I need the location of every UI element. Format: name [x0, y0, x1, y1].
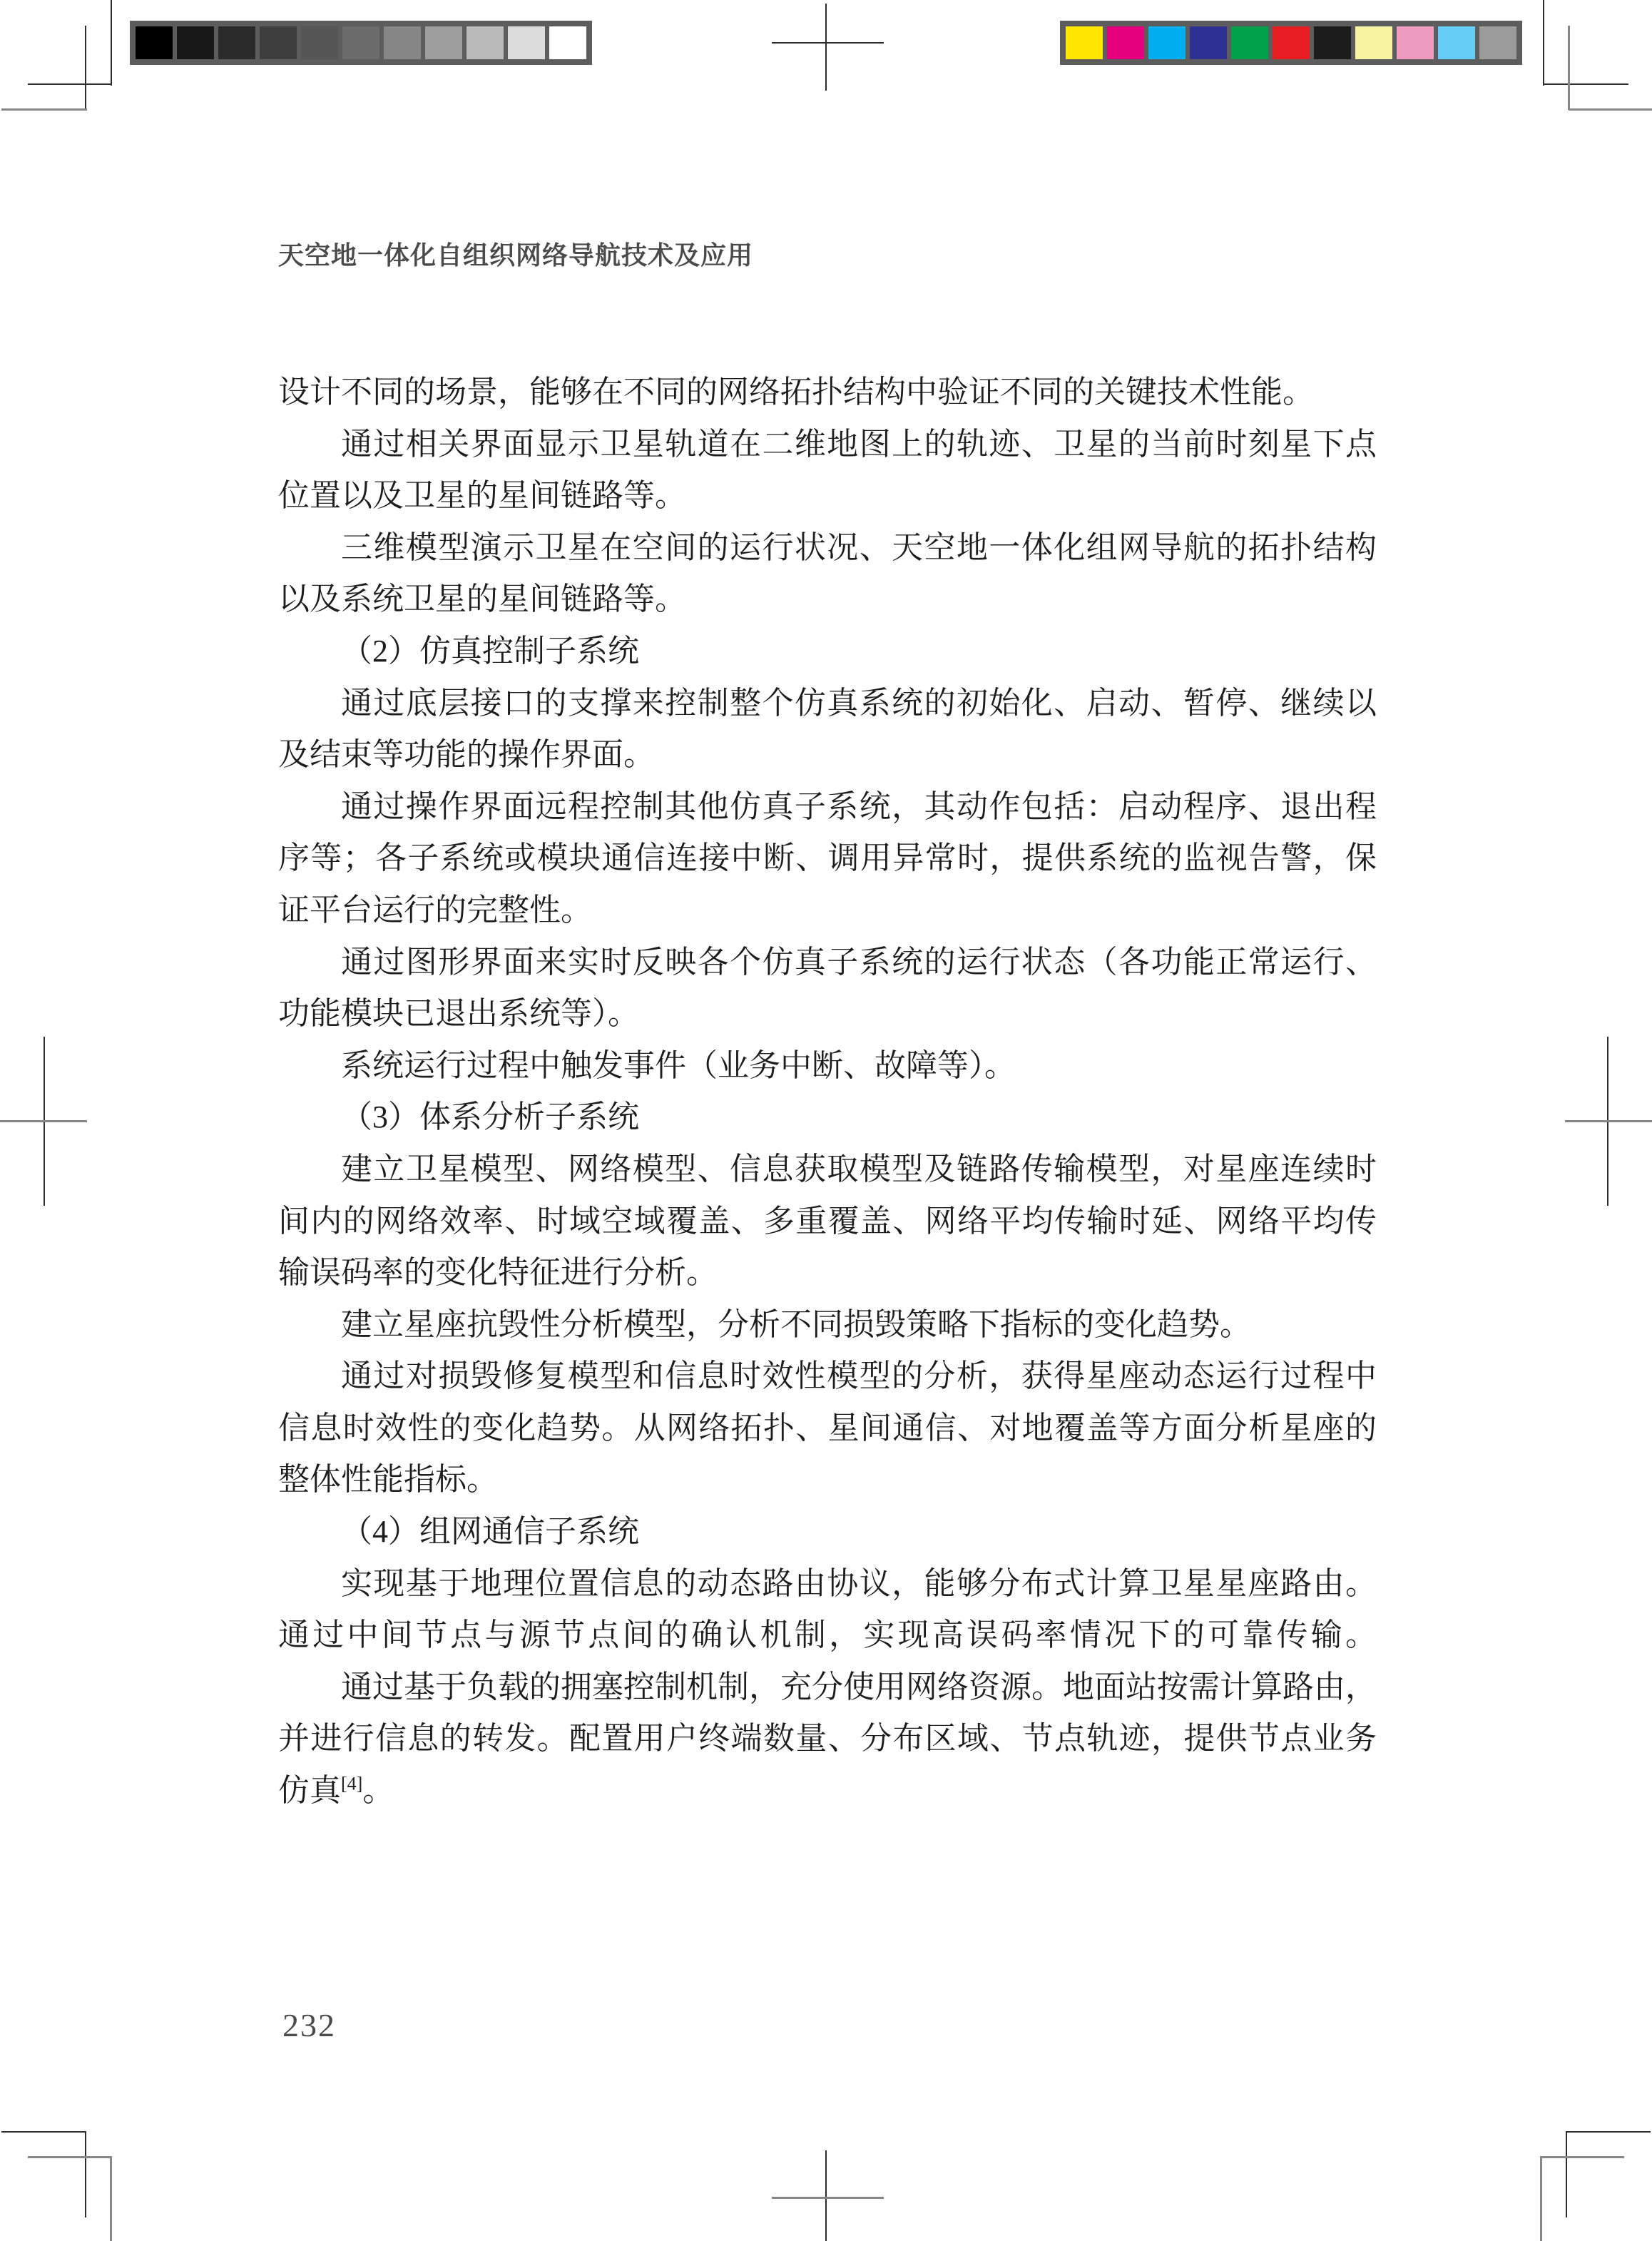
registration-cross [1565, 1120, 1652, 1122]
crop-mark [85, 26, 86, 111]
running-header: 天空地一体化自组织网络导航技术及应用 [278, 235, 753, 272]
crop-mark [28, 83, 112, 85]
crop-mark [1540, 2156, 1542, 2241]
crop-mark [1566, 2131, 1567, 2217]
text-line: 以及系统卫星的星间链路等。 [278, 574, 1377, 626]
text-line: 实现基于地理位置信息的动态路由协议，能够分布式计算卫星星座路由。 [278, 1558, 1377, 1610]
text-line: 功能模块已退出系统等）。 [278, 988, 1377, 1040]
color-swatch [1231, 26, 1268, 59]
text-line: 输误码率的变化特征进行分析。 [278, 1247, 1377, 1299]
text-line: 及结束等功能的操作界面。 [278, 729, 1377, 781]
text-line: 并进行信息的转发。配置用户终端数量、分布区域、节点轨迹，提供节点业务 [278, 1713, 1377, 1765]
grayscale-swatch [136, 26, 173, 59]
crop-mark [1566, 2131, 1651, 2133]
color-swatch [1190, 26, 1227, 59]
text-line: 建立卫星模型、网络模型、信息获取模型及链路传输模型，对星座连续时 [278, 1144, 1377, 1196]
grayscale-swatch [549, 26, 586, 59]
text-line: 通过操作界面远程控制其他仿真子系统，其动作包括：启动程序、退出程 [278, 781, 1377, 833]
grayscale-swatch [260, 26, 297, 59]
color-swatch [1066, 26, 1103, 59]
text-line: （3）体系分析子系统 [278, 1092, 1377, 1144]
text-line: 证平台运行的完整性。 [278, 885, 1377, 937]
page-number: 232 [282, 2006, 336, 2044]
footnote-ref: [4] [341, 1773, 362, 1794]
grayscale-calibration-bar [130, 21, 592, 65]
crop-mark [1569, 108, 1652, 111]
body-text: 设计不同的场景，能够在不同的网络拓扑结构中验证不同的关键技术性能。通过相关界面显… [278, 367, 1377, 1817]
color-swatch [1148, 26, 1186, 59]
color-swatch [1355, 26, 1392, 59]
color-swatch [1107, 26, 1144, 59]
color-swatch [1397, 26, 1434, 59]
crop-mark [1, 108, 87, 111]
crop-mark [28, 2156, 112, 2158]
text-line: （2）仿真控制子系统 [278, 626, 1377, 678]
grayscale-swatch [508, 26, 545, 59]
grayscale-swatch [384, 26, 421, 59]
text-line: 间内的网络效率、时域空域覆盖、多重覆盖、网络平均传输时延、网络平均传 [278, 1196, 1377, 1248]
grayscale-swatch [425, 26, 462, 59]
crop-mark [1540, 2156, 1624, 2158]
text-line: 设计不同的场景，能够在不同的网络拓扑结构中验证不同的关键技术性能。 [278, 367, 1377, 419]
crop-mark [1, 2131, 86, 2133]
text-line: 建立星座抗毁性分析模型，分析不同损毁策略下指标的变化趋势。 [278, 1299, 1377, 1351]
text-line: 通过底层接口的支撑来控制整个仿真系统的初始化、启动、暂停、继续以 [278, 678, 1377, 730]
text-line: 三维模型演示卫星在空间的运行状况、天空地一体化组网导航的拓扑结构 [278, 522, 1377, 574]
color-swatch [1438, 26, 1475, 59]
color-swatch [1314, 26, 1351, 59]
grayscale-swatch [301, 26, 338, 59]
crop-mark [1543, 0, 1544, 86]
color-swatch [1273, 26, 1310, 59]
color-swatch [1479, 26, 1516, 59]
crop-mark [111, 0, 112, 86]
book-page: 天空地一体化自组织网络导航技术及应用 设计不同的场景，能够在不同的网络拓扑结构中… [0, 0, 1652, 2241]
registration-cross [825, 4, 827, 91]
registration-cross [825, 2150, 827, 2241]
color-calibration-bar [1060, 21, 1522, 65]
text-line: （4）组网通信子系统 [278, 1506, 1377, 1558]
text-line: 通过基于负载的拥塞控制机制，充分使用网络资源。地面站按需计算路由， [278, 1662, 1377, 1714]
grayscale-swatch [342, 26, 379, 59]
crop-mark [85, 2131, 86, 2217]
grayscale-swatch [177, 26, 214, 59]
crop-mark [1568, 26, 1570, 110]
text-line: 通过中间节点与源节点间的确认机制，实现高误码率情况下的可靠传输。 [278, 1610, 1377, 1662]
grayscale-swatch [466, 26, 504, 59]
text-line: 整体性能指标。 [278, 1454, 1377, 1506]
text-line: 位置以及卫星的星间链路等。 [278, 470, 1377, 522]
text-line: 信息时效性的变化趋势。从网络拓扑、星间通信、对地覆盖等方面分析星座的 [278, 1403, 1377, 1455]
text-line: 序等；各子系统或模块通信连接中断、调用异常时，提供系统的监视告警，保 [278, 833, 1377, 885]
text-line: 通过图形界面来实时反映各个仿真子系统的运行状态（各功能正常运行、 [278, 937, 1377, 989]
registration-cross [772, 42, 884, 44]
text-line: 系统运行过程中触发事件（业务中断、故障等）。 [278, 1040, 1377, 1092]
grayscale-swatch [218, 26, 255, 59]
registration-cross [0, 1120, 87, 1122]
text-line: 仿真[4]。 [278, 1765, 1377, 1817]
text-line: 通过相关界面显示卫星轨道在二维地图上的轨迹、卫星的当前时刻星下点 [278, 419, 1377, 471]
crop-mark [110, 2156, 112, 2241]
registration-cross [772, 2197, 884, 2199]
text-line: 通过对损毁修复模型和信息时效性模型的分析，获得星座动态运行过程中 [278, 1351, 1377, 1403]
crop-mark [1543, 83, 1628, 85]
